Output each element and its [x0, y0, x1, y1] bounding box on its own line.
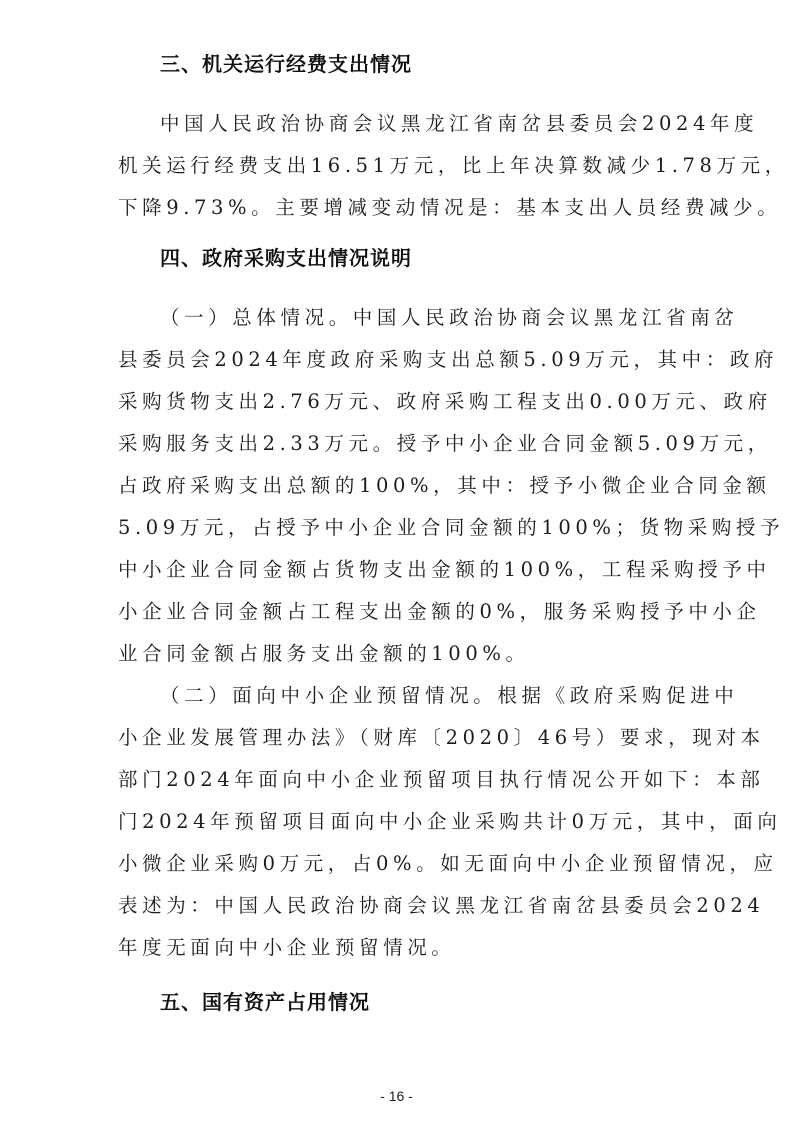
paragraph-line: 年度无面向中小企业预留情况。 [118, 932, 674, 960]
paragraph-line: 门2024年预留项目面向中小企业采购共计0万元，其中，面向 [118, 806, 674, 834]
paragraph-line: 采购货物支出2.76万元、政府采购工程支出0.00万元、政府 [118, 386, 674, 414]
paragraph-line: 中小企业合同金额占货物支出金额的100%，工程采购授予中 [118, 554, 674, 582]
section-heading-5: 五、国有资产占用情况 [160, 986, 370, 1015]
paragraph-line: 县委员会2024年度政府采购支出总额5.09万元，其中：政府 [118, 344, 674, 372]
paragraph-line: 5.09万元，占授予中小企业合同金额的100%；货物采购授予 [118, 512, 674, 540]
paragraph-line: （二）面向中小企业预留情况。根据《政府采购促进中 [160, 680, 674, 708]
paragraph-line: 小企业合同金额占工程支出金额的0%，服务采购授予中小企 [118, 596, 674, 624]
paragraph-line: 机关运行经费支出16.51万元，比上年决算数减少1.78万元， [118, 150, 674, 178]
paragraph-line: 中国人民政治协商会议黑龙江省南岔县委员会2024年度 [160, 108, 674, 136]
document-page: 三、机关运行经费支出情况 中国人民政治协商会议黑龙江省南岔县委员会2024年度 … [0, 0, 793, 1122]
paragraph-line: 部门2024年面向中小企业预留项目执行情况公开如下：本部 [118, 764, 674, 792]
paragraph-line: 采购服务支出2.33万元。授予中小企业合同金额5.09万元， [118, 428, 674, 456]
section-heading-3: 三、机关运行经费支出情况 [160, 48, 412, 77]
page-number: - 16 - [0, 1088, 793, 1104]
paragraph-line: 下降9.73%。主要增减变动情况是：基本支出人员经费减少。 [118, 192, 674, 220]
paragraph-line: 小微企业采购0万元，占0%。如无面向中小企业预留情况，应 [118, 848, 674, 876]
paragraph-line: 占政府采购支出总额的100%，其中：授予小微企业合同金额 [118, 470, 674, 498]
paragraph-line: 小企业发展管理办法》（财库〔2020〕46号）要求，现对本 [118, 722, 674, 750]
paragraph-line: （一）总体情况。中国人民政治协商会议黑龙江省南岔 [160, 302, 674, 330]
paragraph-line: 表述为：中国人民政治协商会议黑龙江省南岔县委员会2024 [118, 890, 674, 918]
paragraph-line: 业合同金额占服务支出金额的100%。 [118, 638, 674, 666]
section-heading-4: 四、政府采购支出情况说明 [160, 242, 412, 271]
